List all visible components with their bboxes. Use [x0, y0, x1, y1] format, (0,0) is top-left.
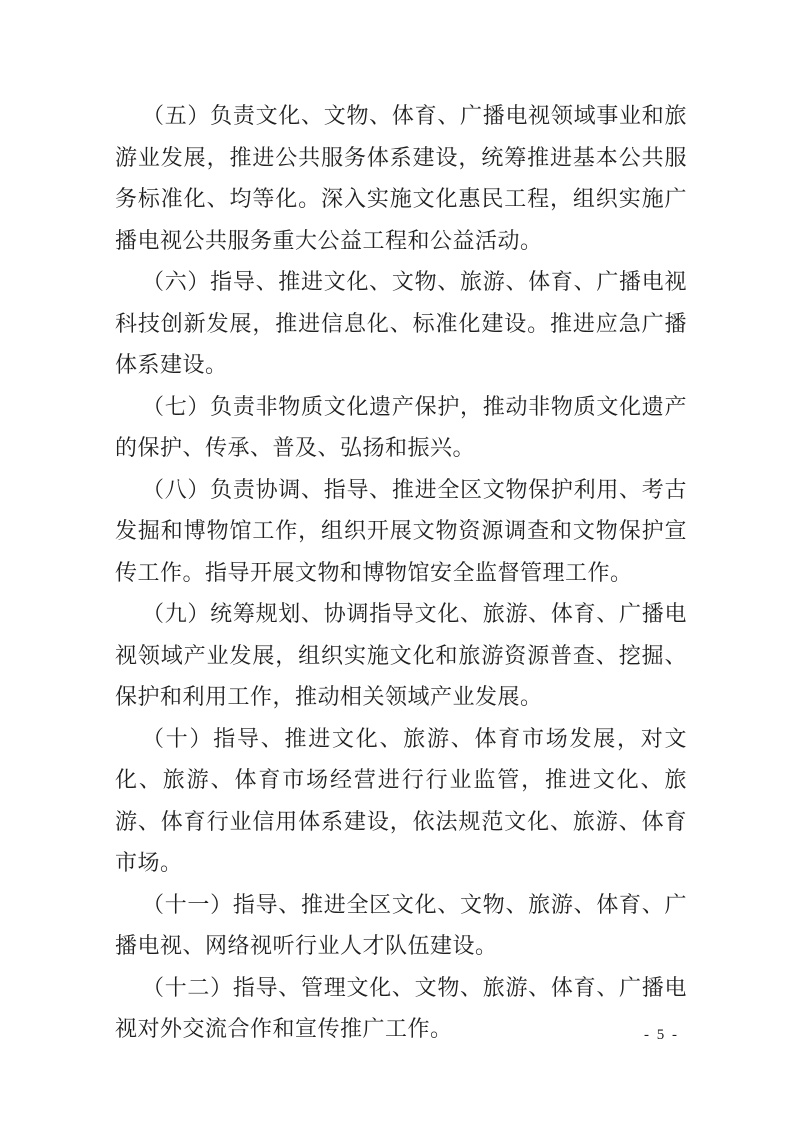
document-page: （五）负责文化、文物、体育、广播电视领域事业和旅游业发展，推进公共服务体系建设，… [0, 0, 793, 1122]
duty-paragraph-8: （八）负责协调、指导、推进全区文物保护利用、考古发掘和博物馆工作，组织开展文物资… [115, 469, 687, 594]
page-number: - 5 - [644, 1027, 679, 1044]
duty-paragraph-10: （十）指导、推进文化、旅游、体育市场发展，对文化、旅游、体育市场经营进行行业监管… [115, 718, 687, 884]
duty-paragraph-12: （十二）指导、管理文化、文物、旅游、体育、广播电视对外交流合作和宣传推广工作。 [115, 967, 687, 1050]
duty-paragraph-9: （九）统筹规划、协调指导文化、旅游、体育、广播电视领域产业发展，组织实施文化和旅… [115, 593, 687, 718]
document-body: （五）负责文化、文物、体育、广播电视领域事业和旅游业发展，推进公共服务体系建设，… [115, 95, 687, 1050]
duty-paragraph-6: （六）指导、推进文化、文物、旅游、体育、广播电视科技创新发展，推进信息化、标准化… [115, 261, 687, 386]
duty-paragraph-7: （七）负责非物质文化遗产保护，推动非物质文化遗产的保护、传承、普及、弘扬和振兴。 [115, 386, 687, 469]
duty-paragraph-11: （十一）指导、推进全区文化、文物、旅游、体育、广播电视、网络视听行业人才队伍建设… [115, 884, 687, 967]
duty-paragraph-5: （五）负责文化、文物、体育、广播电视领域事业和旅游业发展，推进公共服务体系建设，… [115, 95, 687, 261]
